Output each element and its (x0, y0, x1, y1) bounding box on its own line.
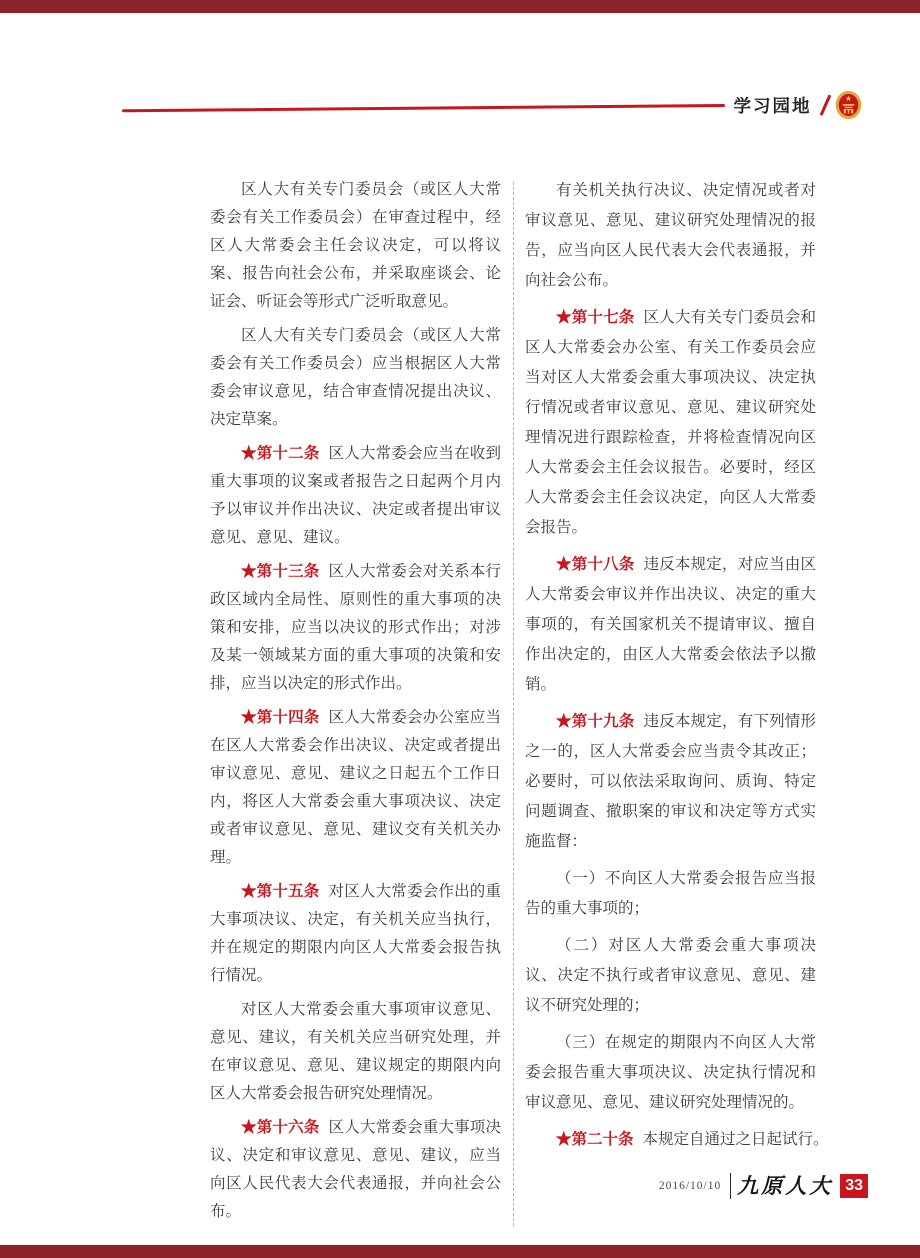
paragraph-text: 区人大有关专门委员会（或区人大常委会有关工作委员会）应当根据区人大常委会审议意见… (210, 327, 501, 428)
paragraph-text: 本规定自通过之日起试行。 (643, 1131, 829, 1148)
law-paragraph: ★第十六条区人大常委会重大事项决议、决定和审议意见、意见、建议，应当向区人民代表… (210, 1114, 501, 1226)
paragraph-text: 区人大有关专门委员会和区人大常委会办公室、有关工作委员会应当对区人大常委会重大事… (525, 309, 816, 536)
publication-title: 九原人大 (737, 1173, 833, 1199)
law-paragraph: （一）不向区人大常委会报告应当报告的重大事项的； (525, 864, 816, 924)
law-paragraph: 有关机关执行决议、决定情况或者对审议意见、意见、建议研究处理情况的报告，应当向区… (525, 176, 816, 296)
article-body: 区人大有关专门委员会（或区人大常委会有关工作委员会）在审查过程中，经区人大常委会… (210, 176, 816, 1232)
section-header: 学习园地 (122, 90, 862, 120)
law-paragraph: ★第十四条区人大常委会办公室应当在区人大常委会作出决议、决定或者提出审议意见、意… (210, 704, 501, 872)
paragraph-text: 区人大常委会办公室应当在区人大常委会作出决议、决定或者提出审议意见、意见、建议之… (210, 709, 501, 866)
article-number: ★第十六条 (241, 1119, 320, 1136)
paragraph-text: 违反本规定，对应当由区人大常委会审议并作出决议、决定的重大事项的，有关国家机关不… (525, 556, 816, 693)
paragraph-text: （一）不向区人大常委会报告应当报告的重大事项的； (525, 870, 816, 917)
law-paragraph: ★第十八条违反本规定，对应当由区人大常委会审议并作出决议、决定的重大事项的，有关… (525, 550, 816, 700)
law-paragraph: ★第十五条对区人大常委会作出的重大事项决议、决定，有关机关应当执行，并在规定的期… (210, 878, 501, 990)
law-paragraph: ★第十三条区人大常委会对关系本行政区域内全局性、原则性的重大事项的决策和安排，应… (210, 558, 501, 698)
left-column: 区人大有关专门委员会（或区人大常委会有关工作委员会）在审查过程中，经区人大常委会… (210, 176, 501, 1232)
page-bottom-rule (0, 1245, 920, 1258)
column-divider (513, 182, 514, 1226)
article-number: ★第十九条 (556, 713, 635, 730)
paragraph-text: 违反本规定，有下列情形之一的，区人大常委会应当责令其改正；必要时，可以依法采取询… (525, 713, 816, 850)
paragraph-text: 区人大有关专门委员会（或区人大常委会有关工作委员会）在审查过程中，经区人大常委会… (210, 181, 501, 310)
page-footer: 2016/10/10 九原人大 33 (659, 1173, 868, 1199)
issue-date: 2016/10/10 (659, 1180, 721, 1192)
law-paragraph: 对区人大常委会重大事项审议意见、意见、建议，有关机关应当研究处理，并在审议意见、… (210, 996, 501, 1108)
page-top-rule (0, 0, 920, 13)
article-number: ★第十三条 (241, 563, 320, 580)
law-paragraph: 区人大有关专门委员会（或区人大常委会有关工作委员会）应当根据区人大常委会审议意见… (210, 322, 501, 434)
prc-national-emblem-icon (835, 90, 862, 120)
paragraph-text: 有关机关执行决议、决定情况或者对审议意见、意见、建议研究处理情况的报告，应当向区… (525, 182, 816, 289)
article-number: ★第二十条 (556, 1131, 634, 1148)
footer-divider (730, 1173, 731, 1199)
paragraph-text: 区人大常委会对关系本行政区域内全局性、原则性的重大事项的决策和安排，应当以决议的… (210, 563, 501, 692)
paragraph-text: （三）在规定的期限内不向区人大常委会报告重大事项决议、决定执行情况和审议意见、意… (525, 1034, 816, 1111)
law-paragraph: （二）对区人大常委会重大事项决议、决定不执行或者审议意见、意见、建议不研究处理的… (525, 931, 816, 1021)
header-rule (122, 104, 725, 112)
article-number: ★第十五条 (241, 883, 320, 900)
paragraph-text: （二）对区人大常委会重大事项决议、决定不执行或者审议意见、意见、建议不研究处理的… (525, 937, 816, 1014)
section-title: 学习园地 (734, 93, 812, 118)
article-number: ★第十四条 (241, 709, 320, 726)
law-paragraph: 区人大有关专门委员会（或区人大常委会有关工作委员会）在审查过程中，经区人大常委会… (210, 176, 501, 316)
page-number-badge: 33 (840, 1174, 868, 1198)
right-column: 有关机关执行决议、决定情况或者对审议意见、意见、建议研究处理情况的报告，应当向区… (525, 176, 816, 1232)
law-paragraph: ★第十九条违反本规定，有下列情形之一的，区人大常委会应当责令其改正；必要时，可以… (525, 707, 816, 857)
law-paragraph: ★第二十条本规定自通过之日起试行。 (525, 1125, 816, 1155)
paragraph-text: 对区人大常委会重大事项审议意见、意见、建议，有关机关应当研究处理，并在审议意见、… (210, 1001, 501, 1102)
article-number: ★第十八条 (556, 556, 635, 573)
law-paragraph: （三）在规定的期限内不向区人大常委会报告重大事项决议、决定执行情况和审议意见、意… (525, 1028, 816, 1118)
slash-divider-icon (819, 94, 830, 115)
law-paragraph: ★第十七条区人大有关专门委员会和区人大常委会办公室、有关工作委员会应当对区人大常… (525, 303, 816, 543)
law-paragraph: ★第十二条区人大常委会应当在收到重大事项的议案或者报告之日起两个月内予以审议并作… (210, 440, 501, 552)
article-number: ★第十二条 (241, 445, 320, 462)
article-number: ★第十七条 (556, 309, 635, 326)
